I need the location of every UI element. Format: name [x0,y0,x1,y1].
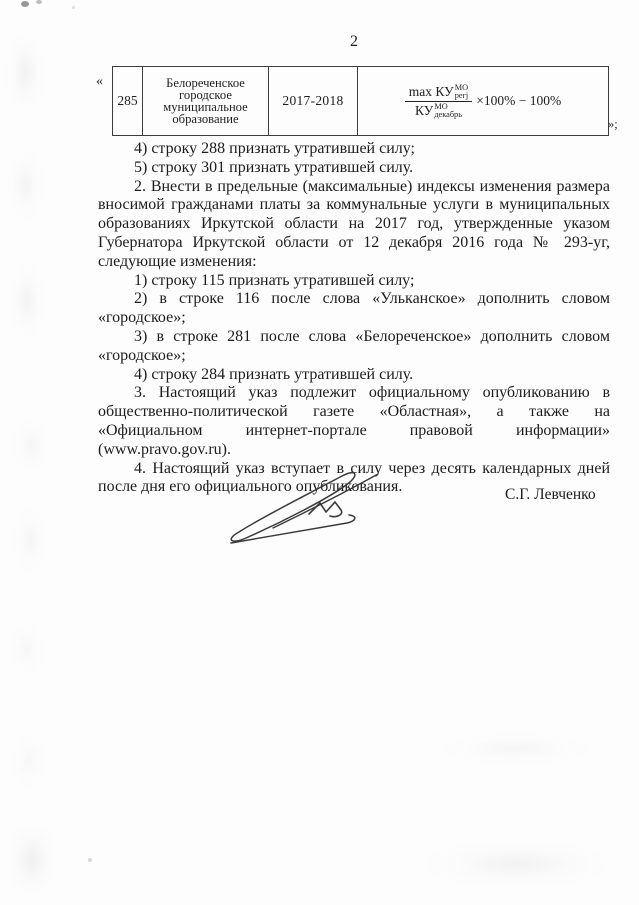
formula-denominator: КУМОдекабрь [411,103,466,119]
scan-noise-blob [10,505,50,575]
scan-noise-blob [6,822,58,897]
numerator-supsub: МОрегj [455,84,469,99]
paragraph-3-publication: 3. Настоящий указ подлежит официальному … [98,384,610,459]
cell-municipality: Белореченское городское муниципальное об… [143,67,269,136]
denominator-subscript: декабрь [434,111,462,119]
scan-speck [88,858,92,862]
scan-speck [72,6,75,9]
list-item-3-row-281: 3) в строке 281 после слова «Белореченск… [98,328,610,366]
list-item-4-row-288: 4) строку 288 признать утратившей силу; [98,140,610,159]
numerator-subscript: регj [455,92,469,100]
table-row-285: 285 Белореченское городское муниципально… [113,67,609,136]
signer-name: С.Г. Левченко [505,486,596,504]
list-item-4-row-284: 4) строку 284 признать утратившей силу. [98,366,610,385]
scan-speck [36,0,42,4]
formula-fraction: max КУМОрегj КУМОдекабрь [405,84,472,119]
formula-multiplier: ×100% − 100% [476,93,561,109]
cell-period: 2017-2018 [269,67,358,136]
scan-noise-blob [420,838,615,890]
denominator-supsub: МОдекабрь [434,103,462,118]
index-formula: max КУМОрегj КУМОдекабрь ×100% − 100% [362,84,604,119]
close-quote-mark: »; [608,117,618,132]
formula-numerator: max КУМОрегj [405,84,472,100]
signature-scribble [218,466,390,548]
scan-noise-blob [8,622,46,677]
list-item-5-row-301: 5) строку 301 признать утратившей силу. [98,159,610,178]
denominator-base: КУ [415,103,433,119]
cell-formula: max КУМОрегj КУМОдекабрь ×100% − 100% [358,67,609,136]
scan-speck [21,1,29,7]
amendment-table: 285 Белореченское городское муниципально… [112,66,609,136]
scan-noise-blob [10,732,48,790]
document-body: 4) строку 288 признать утратившей силу; … [98,140,610,497]
paragraph-2-amendments: 2. Внести в предельные (максимальные) ин… [98,178,610,272]
scan-noise-blob [8,262,46,340]
list-item-2-row-116: 2) в строке 116 после слова «Ульканское»… [98,290,610,328]
scan-noise-blob [10,418,52,473]
scan-noise-blob [4,30,46,115]
page-number: 2 [98,33,610,51]
cell-row-number: 285 [113,67,143,136]
numerator-base: max КУ [409,84,454,100]
scan-bleedthrough-smudge [435,732,595,766]
scan-noise-blob [6,148,46,223]
scanned-document-page: { "page_number": "2", "table_fragment": … [0,0,639,905]
list-item-1-row-115: 1) строку 115 признать утратившей силу; [98,272,610,291]
open-quote-mark: « [96,74,103,90]
